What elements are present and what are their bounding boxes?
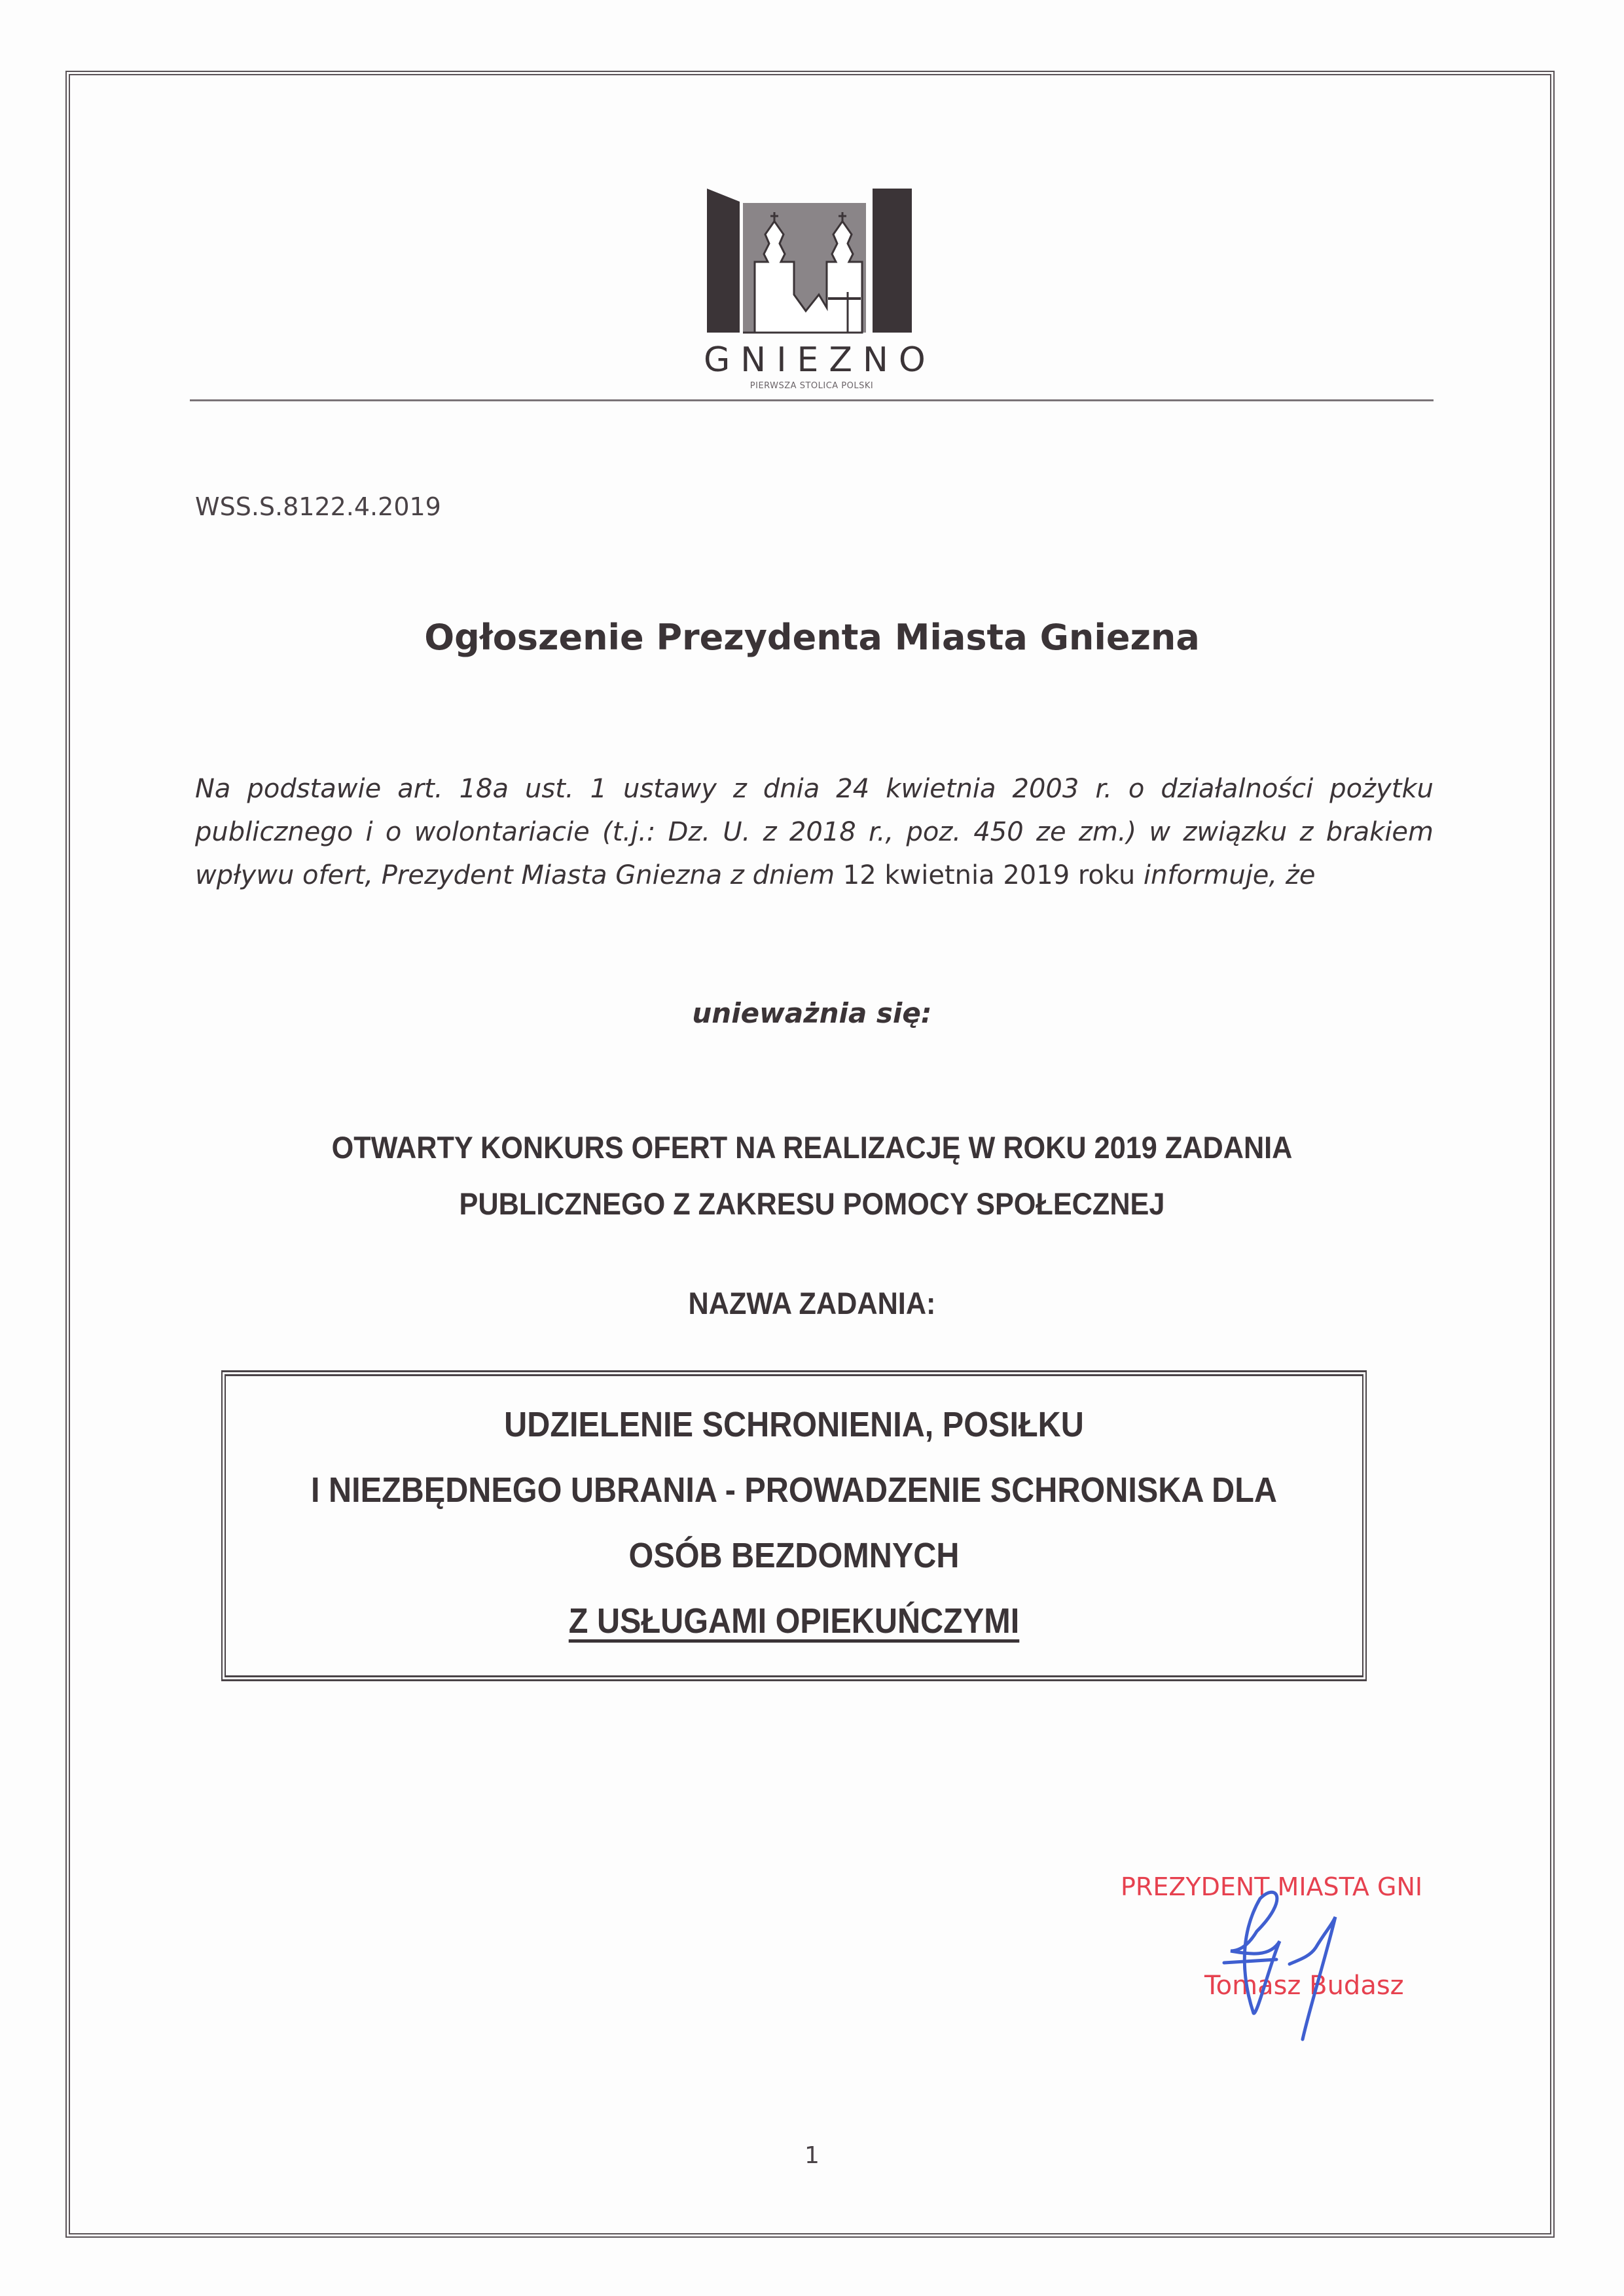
body-date: 12 kwietnia 2019 roku [843,860,1135,890]
task-name-line-3: OSÓB BEZDOMNYCH [283,1523,1305,1588]
task-name-line-1: UDZIELENIE SCHRONIENIA, POSIŁKU [283,1392,1305,1457]
handwritten-signature-icon [1211,1886,1420,2043]
contest-title-line-1: OTWARTY KONKURS OFERT NA REALIZACJĘ W RO… [65,1120,1559,1176]
contest-title: OTWARTY KONKURS OFERT NA REALIZACJĘ W RO… [65,1120,1559,1232]
logo-city-name: GNIEZNO [704,340,920,380]
body-paragraph: Na podstawie art. 18a ust. 1 ustawy z dn… [195,767,1434,897]
gniezno-logo: GNIEZNO PIERWSZA STOLICA POLSKI [704,183,920,393]
reference-number: WSS.S.8122.4.2019 [195,492,441,521]
task-name-line-2: I NIEZBĘDNEGO UBRANIA - PROWADZENIE SCHR… [283,1457,1305,1523]
task-label: NAZWA ZADANIA: [65,1285,1559,1321]
body-text-part2: informuje, że [1135,860,1315,890]
logo-tagline: PIERWSZA STOLICA POLSKI [704,381,920,391]
task-name-box: UDZIELENIE SCHRONIENIA, POSIŁKU I NIEZBĘ… [221,1370,1367,1681]
document-title: Ogłoszenie Prezydenta Miasta Gniezna [0,617,1624,658]
header-divider [190,399,1434,401]
gniezno-cathedral-logo-icon [704,183,920,340]
annulment-label: unieważnia się: [0,997,1624,1029]
page-number: 1 [0,2142,1624,2169]
contest-title-line-2: PUBLICZNEGO Z ZAKRESU POMOCY SPOŁECZNEJ [65,1176,1559,1232]
task-name-line-4: Z USŁUGAMI OPIEKUŃCZYMI [569,1601,1020,1641]
